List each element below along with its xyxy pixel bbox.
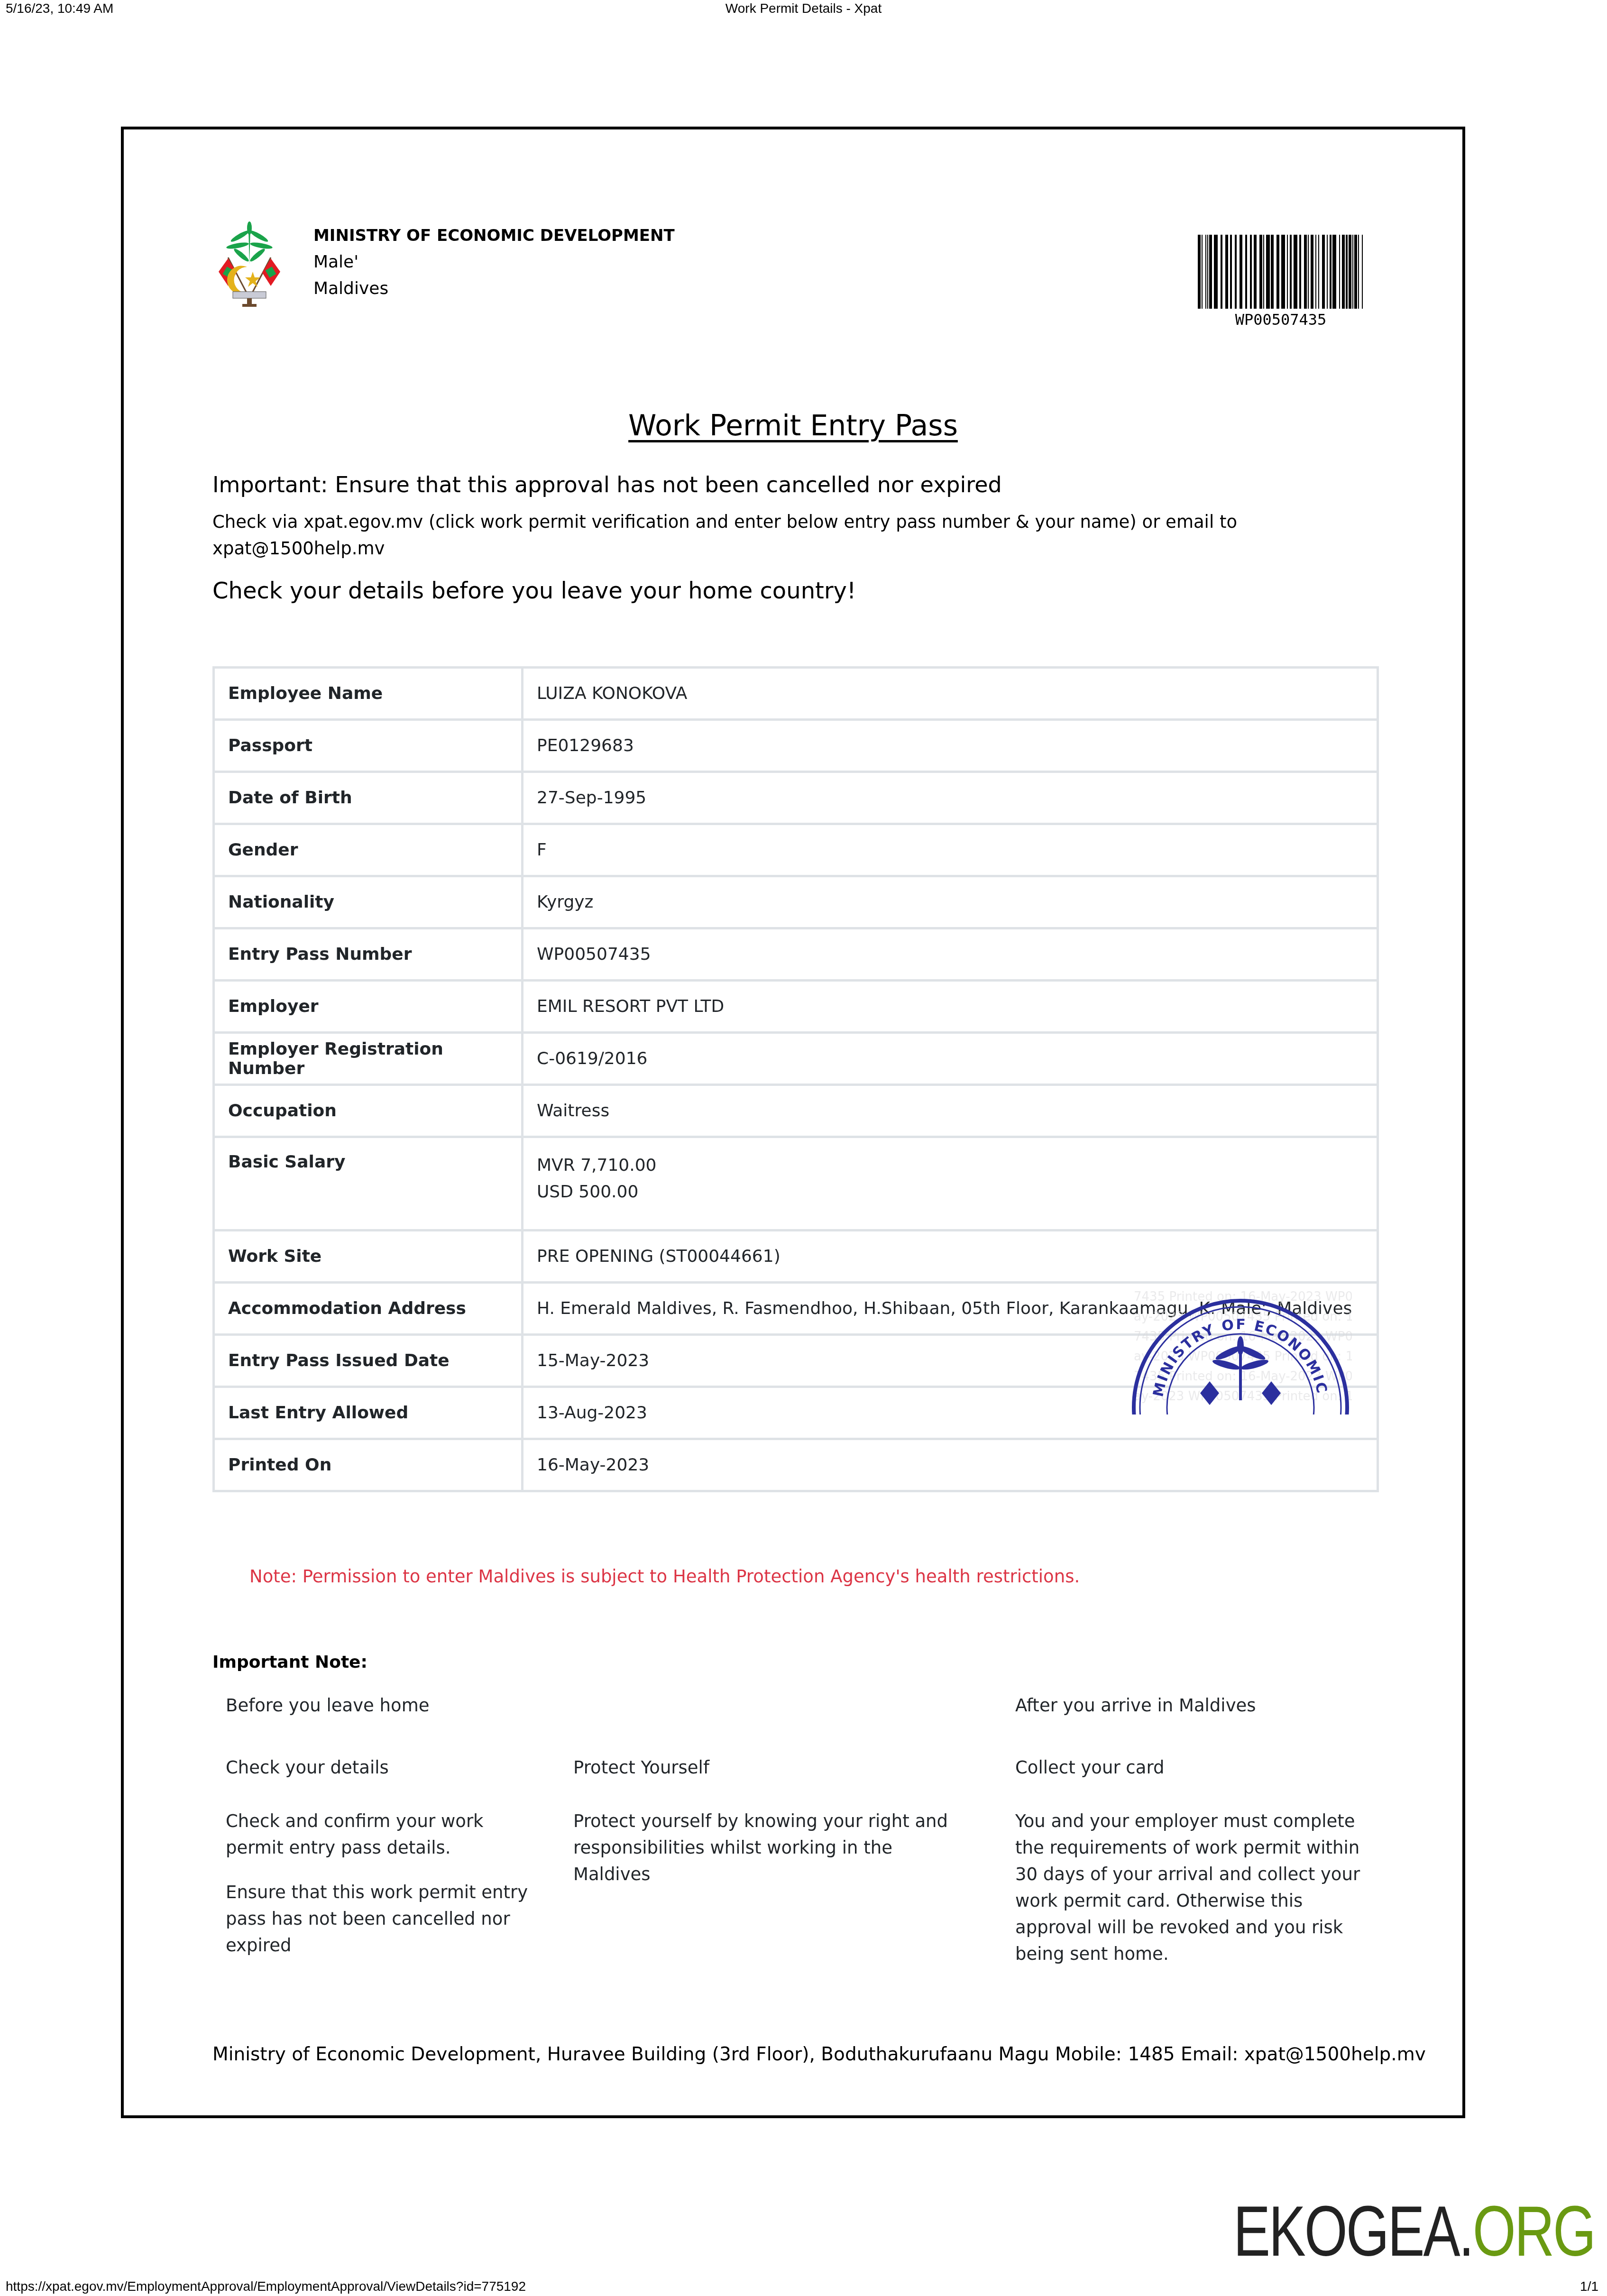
field-value: Waitress [523,1085,1378,1137]
work-permit-document: MINISTRY OF ECONOMIC DEVELOPMENT Male' M… [121,127,1465,2118]
field-label: Passport [214,720,523,772]
field-value: PRE OPENING (ST00044661) [523,1231,1378,1283]
field-value: WP00507435 [523,928,1378,981]
field-label: Employer Registration Number [214,1033,523,1085]
field-label: Entry Pass Number [214,928,523,981]
table-row: OccupationWaitress [214,1085,1378,1137]
ministry-contact-footer: Ministry of Economic Development, Hurave… [212,2044,1426,2065]
field-value: 15-May-2023 [523,1335,1378,1387]
field-value: F [523,824,1378,876]
table-row: PassportPE0129683 [214,720,1378,772]
document-title: Work Permit Entry Pass [124,409,1462,442]
field-label: Basic Salary [214,1137,523,1231]
table-row: Accommodation AddressH. Emerald Maldives… [214,1283,1378,1335]
after-you-arrive-heading: After you arrive in Maldives [1015,1695,1256,1716]
field-label: Nationality [214,876,523,928]
print-url[interactable]: https://xpat.egov.mv/EmploymentApproval/… [6,2279,526,2294]
important-note-heading: Important Note: [212,1653,367,1672]
barcode-icon [1198,235,1364,309]
table-row: GenderF [214,824,1378,876]
ministry-country: Maldives [313,276,675,302]
ministry-name: MINISTRY OF ECONOMIC DEVELOPMENT [313,222,675,249]
permit-details-table: Employee NameLUIZA KONOKOVAPassportPE012… [212,666,1379,1492]
table-row: Basic SalaryMVR 7,710.00USD 500.00 [214,1137,1378,1231]
ekogea-watermark-logo: EKOGEA.ORG [1233,2190,1595,2272]
field-value: EMIL RESORT PVT LTD [523,981,1378,1033]
print-page-title: Work Permit Details - Xpat [0,0,1607,17]
field-value: MVR 7,710.00USD 500.00 [523,1137,1378,1231]
collect-card-title: Collect your card [1015,1757,1164,1778]
check-details-para-2: Ensure that this work permit entry pass … [226,1879,529,1959]
document-title-text: Work Permit Entry Pass [628,409,958,442]
field-value: LUIZA KONOKOVA [523,668,1378,720]
table-row: Date of Birth27-Sep-1995 [214,772,1378,824]
important-warning: Important: Ensure that this approval has… [212,472,1002,497]
table-row: Employer Registration NumberC-0619/2016 [214,1033,1378,1085]
field-label: Accommodation Address [214,1283,523,1335]
field-value: H. Emerald Maldives, R. Fasmendhoo, H.Sh… [523,1283,1378,1335]
field-label: Employer [214,981,523,1033]
field-value-line: MVR 7,710.00 [537,1152,1363,1179]
field-label: Entry Pass Issued Date [214,1335,523,1387]
table-row: Work SitePRE OPENING (ST00044661) [214,1231,1378,1283]
maldives-emblem-icon [214,220,285,310]
health-restriction-note: Note: Permission to enter Maldives is su… [249,1566,1080,1587]
field-value-line: USD 500.00 [537,1179,1363,1205]
table-row: Employee NameLUIZA KONOKOVA [214,668,1378,720]
check-details-para-1: Check and confirm your work permit entry… [226,1808,529,1861]
protect-yourself-title: Protect Yourself [573,1757,709,1778]
table-row: NationalityKyrgyz [214,876,1378,928]
field-label: Gender [214,824,523,876]
check-details-reminder: Check your details before you leave your… [212,578,856,604]
ministry-header: MINISTRY OF ECONOMIC DEVELOPMENT Male' M… [313,222,675,302]
print-page-number: 1/1 [1580,2279,1598,2294]
table-row: Printed On16-May-2023 [214,1439,1378,1491]
field-label: Date of Birth [214,772,523,824]
collect-card-para: You and your employer must complete the … [1015,1808,1376,1967]
field-label: Last Entry Allowed [214,1387,523,1439]
field-value: PE0129683 [523,720,1378,772]
protect-yourself-para: Protect yourself by knowing your right a… [573,1808,962,1888]
verification-instructions: Check via xpat.egov.mv (click work permi… [212,509,1294,562]
field-value: C-0619/2016 [523,1033,1378,1085]
before-you-leave-heading: Before you leave home [226,1695,430,1716]
ministry-city: Male' [313,249,675,276]
table-row: Entry Pass Issued Date15-May-2023 [214,1335,1378,1387]
field-label: Printed On [214,1439,523,1491]
watermark-part2: ORG [1473,2191,1595,2271]
field-value: 13-Aug-2023 [523,1387,1378,1439]
field-value: 27-Sep-1995 [523,772,1378,824]
table-row: Last Entry Allowed13-Aug-2023 [214,1387,1378,1439]
table-row: EmployerEMIL RESORT PVT LTD [214,981,1378,1033]
field-label: Employee Name [214,668,523,720]
watermark-part1: EKOGEA. [1233,2191,1473,2271]
field-label: Occupation [214,1085,523,1137]
barcode-number: WP00507435 [1198,311,1364,329]
field-value: 16-May-2023 [523,1439,1378,1491]
field-label: Work Site [214,1231,523,1283]
field-value: Kyrgyz [523,876,1378,928]
table-row: Entry Pass NumberWP00507435 [214,928,1378,981]
check-details-title: Check your details [226,1757,389,1778]
